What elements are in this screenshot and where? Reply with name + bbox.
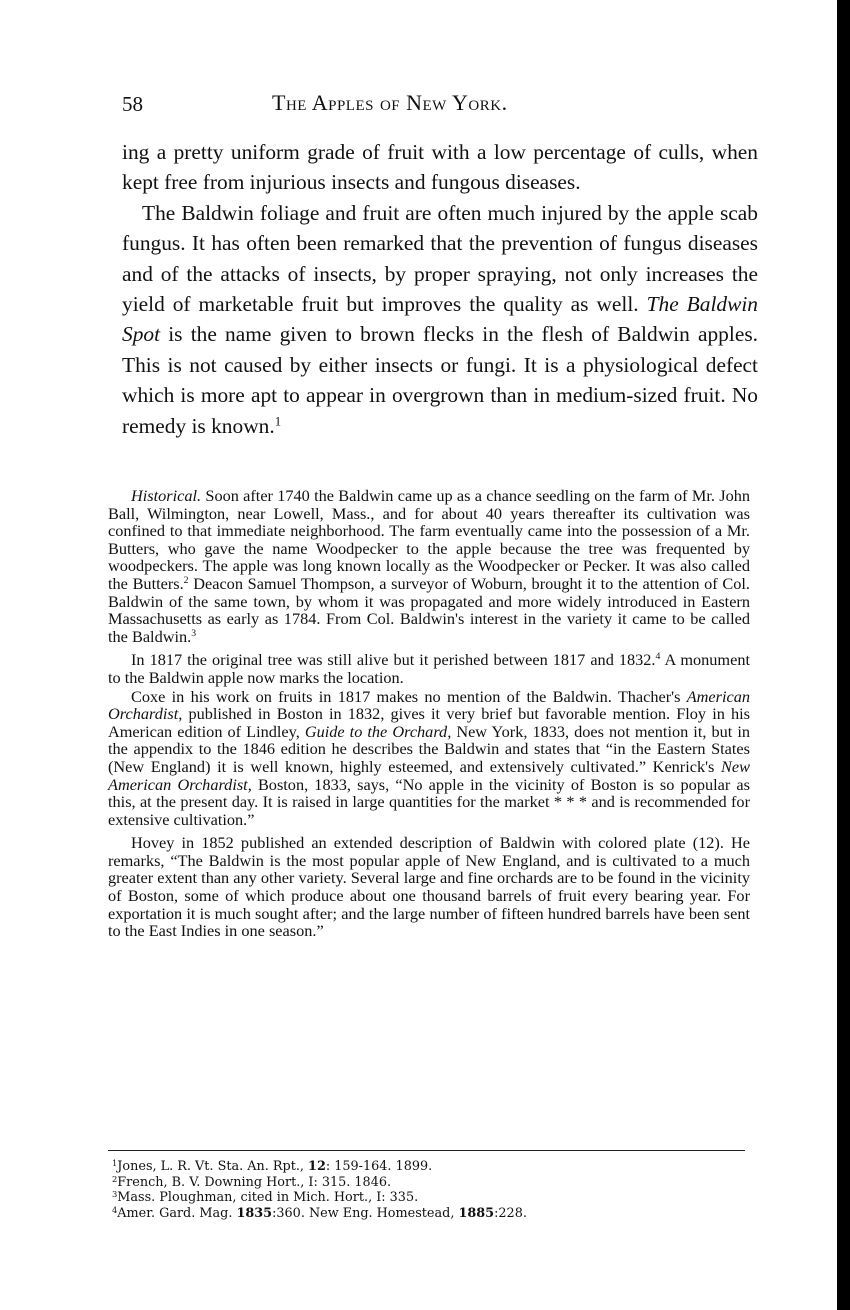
footnote-2: 2French, B. V. Downing Hort., I: 315. 18… xyxy=(112,1175,712,1191)
main-body-text: ing a pretty uniform grade of fruit with… xyxy=(122,137,758,441)
historical-paragraph-hovey: Hovey in 1852 published an extended desc… xyxy=(108,834,750,940)
italic-title-guide-to-orchard: Guide to the Orchard, xyxy=(305,722,451,741)
footnote-text: : 159-164. 1899. xyxy=(326,1159,432,1174)
running-head: 58 The Apples of New York. xyxy=(122,88,758,118)
footnote-year: 1835 xyxy=(236,1206,272,1221)
footnote-4: 4Amer. Gard. Mag. 1835:360. New Eng. Hom… xyxy=(112,1206,712,1222)
historical-paragraph-origin: Historical. Soon after 1740 the Baldwin … xyxy=(108,487,750,645)
scanned-page-edge xyxy=(837,0,850,1310)
body-paragraph-continuation: ing a pretty uniform grade of fruit with… xyxy=(122,137,758,198)
footnote-text: Amer. Gard. Mag. xyxy=(117,1206,236,1221)
footnote-3: 3Mass. Ploughman, cited in Mich. Hort., … xyxy=(112,1190,712,1206)
footnote-year: 1885 xyxy=(458,1206,494,1221)
running-title: The Apples of New York. xyxy=(272,90,508,116)
footnote-text: Jones, L. R. Vt. Sta. An. Rpt., xyxy=(117,1159,308,1174)
footnote-1: 1Jones, L. R. Vt. Sta. An. Rpt., 12: 159… xyxy=(112,1159,712,1175)
footnote-ref-1[interactable]: 1 xyxy=(275,414,281,428)
footnote-text: :228. xyxy=(494,1206,527,1221)
historical-section: Historical. Soon after 1740 the Baldwin … xyxy=(108,487,750,940)
footnote-volume: 12 xyxy=(308,1159,326,1174)
section-label-historical: Historical. xyxy=(131,486,201,505)
text-run: is the name given to brown flecks in the… xyxy=(122,322,758,437)
text-run: Coxe in his work on fruits in 1817 makes… xyxy=(131,687,687,706)
body-paragraph-baldwin-spot: The Baldwin foliage and fruit are often … xyxy=(122,198,758,441)
footnote-text: :360. New Eng. Homestead, xyxy=(272,1206,458,1221)
footnotes: 1Jones, L. R. Vt. Sta. An. Rpt., 12: 159… xyxy=(112,1159,712,1221)
historical-paragraph-literature: Coxe in his work on fruits in 1817 makes… xyxy=(108,688,750,829)
page-number: 58 xyxy=(122,92,143,117)
footnote-divider xyxy=(108,1150,745,1151)
historical-paragraph-original-tree: In 1817 the original tree was still aliv… xyxy=(108,651,750,686)
footnote-text: French, B. V. Downing Hort., I: 315. 184… xyxy=(117,1175,391,1190)
footnote-ref-3[interactable]: 3 xyxy=(191,628,196,639)
footnote-text: Mass. Ploughman, cited in Mich. Hort., I… xyxy=(117,1190,418,1205)
text-run: Deacon Samuel Thompson, a surveyor of Wo… xyxy=(108,574,750,646)
text-run: In 1817 the original tree was still aliv… xyxy=(131,650,655,669)
